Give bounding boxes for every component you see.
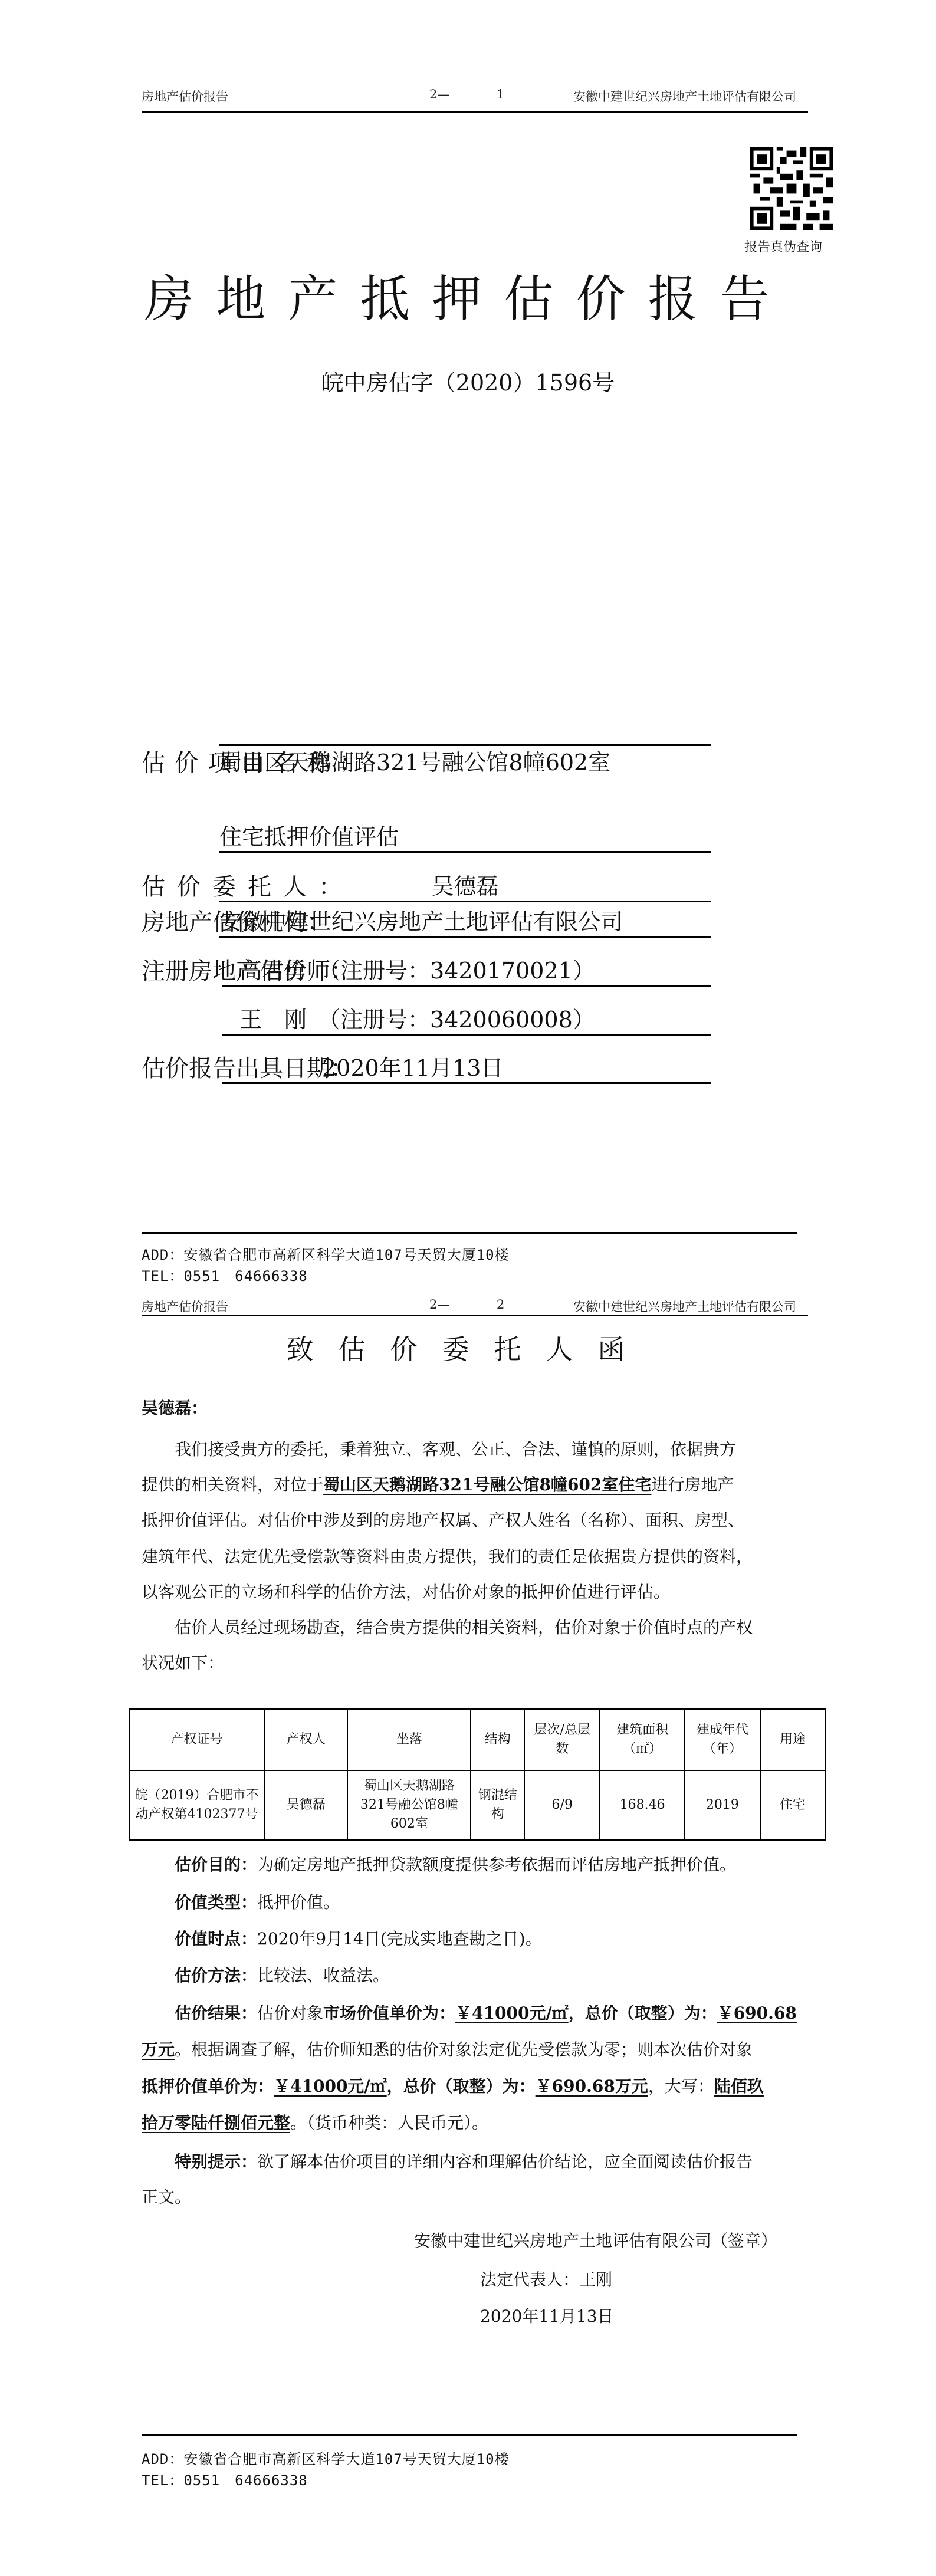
result-text: ，总价（取整）为：	[387, 2076, 536, 2096]
th-cert-no: 产权证号	[129, 1709, 264, 1770]
header-page-number: 1	[497, 87, 504, 101]
project-name-line2: 住宅抵押价值评估	[219, 819, 711, 853]
para2-line2: 状况如下：	[142, 1645, 224, 1681]
result-text: 。根据调查了解，估价师知悉的估价对象法定优先受偿款为零；则本次估价对象	[175, 2040, 753, 2059]
qr-caption: 报告真伪查询	[744, 237, 822, 255]
cell-floor: 6/9	[524, 1770, 600, 1840]
method-line: 估价方法：比较法、收益法。	[175, 1958, 389, 1993]
value-date-text: 2020年9月14日(完成实地查勘之日)。	[257, 1929, 542, 1949]
table-header-row: 产权证号 产权人 坐落 结构 层次/总层数 建筑面积（㎡） 建成年代（年） 用途	[129, 1709, 825, 1770]
para1-line1: 我们接受贵方的委托，秉着独立、客观、公正、合法、谨慎的原则，依据贵方	[175, 1432, 736, 1467]
appraiser-1: 高君勇 （注册号：3420170021）	[222, 952, 711, 987]
cell-year: 2019	[685, 1770, 760, 1840]
market-unit-price: ￥41000元/㎡	[455, 2003, 569, 2023]
footer-rule	[142, 1232, 797, 1234]
footer-phone: TEL：0551－64666338	[142, 1264, 308, 1285]
result-text: ，大写：	[648, 2076, 714, 2096]
footer-rule	[142, 2434, 797, 2436]
appraiser-2: 王 刚 （注册号：3420060008）	[222, 1001, 711, 1036]
property-address-em: 蜀山区天鹅湖路321号融公馆8幢602室住宅	[323, 1475, 651, 1494]
purpose-label: 估价目的：	[175, 1855, 257, 1874]
cell-structure: 钢混结构	[471, 1770, 524, 1840]
footer-address: ADD：安徽省合肥市高新区科学大道107号天贸大厦10楼	[142, 2447, 510, 2468]
cell-location: 蜀山区天鹅湖路321号融公馆8幢602室	[347, 1770, 471, 1840]
cell-use: 住宅	[760, 1770, 825, 1840]
cell-cert-no: 皖（2019）合肥市不动产权第4102377号	[129, 1770, 264, 1840]
result-line2: 万元。根据调查了解，估价师知悉的估价对象法定优先受偿款为零；则本次估价对象	[142, 2032, 753, 2068]
header-right: 安徽中建世纪兴房地产土地评估有限公司	[573, 87, 796, 105]
para1-line5: 以客观公正的立场和科学的估价方法，对估价对象的抵押价值进行评估。	[142, 1575, 670, 1610]
header-page-prefix: 2—	[429, 1297, 449, 1312]
footer-address: ADD：安徽省合肥市高新区科学大道107号天贸大厦10楼	[142, 1243, 510, 1264]
header-left: 房地产估价报告	[142, 87, 228, 105]
para1-line3: 抵押价值评估。对估价中涉及到的房地产权属、产权人姓名（名称）、面积、房型、	[142, 1503, 744, 1538]
para2-line1: 估价人员经过现场勘查，结合贵方提供的相关资料，估价对象于价值时点的产权	[175, 1610, 753, 1645]
value-type-text: 抵押价值。	[257, 1892, 340, 1912]
amount-in-words-b: 拾万零陆仟捌佰元整	[142, 2113, 290, 2133]
amount-in-words-a: 陆佰玖	[714, 2076, 764, 2096]
notice-line1: 特别提示：欲了解本估价项目的详细内容和理解估价结论，应全面阅读估价报告	[175, 2144, 753, 2180]
para1-line2-pre: 提供的相关资料，对位于	[142, 1475, 323, 1494]
result-line3: 抵押价值单价为：￥41000元/㎡，总价（取整）为：￥690.68万元，大写：陆…	[142, 2069, 764, 2104]
mortgage-unit-price: ￥41000元/㎡	[274, 2076, 387, 2096]
agency-value: 安徽中建世纪兴房地产土地评估有限公司	[219, 903, 711, 938]
notice-text: 欲了解本估价项目的详细内容和理解估价结论，应全面阅读估价报告	[257, 2152, 753, 2171]
para1-line2-post: 进行房地产	[651, 1475, 734, 1494]
letter-title: 致估价委托人函	[0, 1328, 936, 1367]
th-structure: 结构	[471, 1709, 524, 1770]
value-date-line: 价值时点：2020年9月14日(完成实地查勘之日)。	[175, 1921, 542, 1957]
para1-line2: 提供的相关资料，对位于蜀山区天鹅湖路321号融公馆8幢602室住宅进行房地产	[142, 1467, 734, 1503]
value-type-label: 价值类型：	[175, 1892, 257, 1912]
property-table: 产权证号 产权人 坐落 结构 层次/总层数 建筑面积（㎡） 建成年代（年） 用途…	[129, 1708, 826, 1841]
result-line4: 拾万零陆仟捌佰元整。（货币种类：人民币元）。	[142, 2105, 488, 2141]
project-name-line1: 蜀山区天鹅湖路321号融公馆8幢602室	[219, 744, 610, 777]
th-use: 用途	[760, 1709, 825, 1770]
header-rule	[142, 111, 808, 113]
footer-phone: TEL：0551－64666338	[142, 2469, 308, 2489]
cell-owner: 吴德磊	[264, 1770, 347, 1840]
para1-line4: 建筑年代、法定优先受偿款等资料由贵方提供，我们的责任是依据贵方提供的资料，	[142, 1539, 753, 1575]
header-right: 安徽中建世纪兴房地产土地评估有限公司	[573, 1297, 796, 1315]
th-area: 建筑面积（㎡）	[600, 1709, 685, 1770]
result-line1: 估价结果：估价对象市场价值单价为：￥41000元/㎡，总价（取整）为：￥690.…	[175, 1996, 797, 2031]
value-date-label: 价值时点：	[175, 1929, 257, 1949]
client-value: 吴德磊	[219, 868, 711, 902]
th-year: 建成年代（年）	[685, 1709, 760, 1770]
purpose-line: 估价目的：为确定房地产抵押贷款额度提供参考依据而评估房地产抵押价值。	[175, 1847, 736, 1882]
table-row: 皖（2019）合肥市不动产权第4102377号 吴德磊 蜀山区天鹅湖路321号融…	[129, 1770, 825, 1840]
notice-label: 特别提示：	[175, 2152, 257, 2171]
legal-representative: 法定代表人：王刚	[480, 2262, 612, 2298]
th-location: 坐落	[347, 1709, 471, 1770]
result-text: 抵押价值单价为：	[142, 2076, 274, 2096]
notice-line2: 正文。	[142, 2180, 191, 2215]
signature-company: 安徽中建世纪兴房地产土地评估有限公司（签章）	[414, 2223, 777, 2259]
result-text: ，总价（取整）为：	[569, 2003, 717, 2023]
market-total-unit: 万元	[142, 2040, 175, 2059]
salutation: 吴德磊：	[142, 1391, 208, 1426]
header-page-number: 2	[497, 1297, 504, 1312]
signature-date: 2020年11月13日	[480, 2299, 614, 2334]
cell-area: 168.46	[600, 1770, 685, 1840]
result-text: 市场价值单价为：	[323, 2003, 455, 2023]
header-rule	[142, 1315, 808, 1316]
market-total-price: ￥690.68	[717, 2003, 797, 2023]
document-number: 皖中房估字（2020）1596号	[0, 364, 936, 397]
purpose-text: 为确定房地产抵押贷款额度提供参考依据而评估房地产抵押价值。	[257, 1855, 736, 1874]
th-floor: 层次/总层数	[524, 1709, 600, 1770]
report-title: 房地产抵押估价报告	[0, 259, 936, 331]
currency-note: 。（货币种类：人民币元）。	[290, 2113, 488, 2133]
method-text: 比较法、收益法。	[257, 1966, 389, 1985]
header-left: 房地产估价报告	[142, 1297, 228, 1315]
qr-code-icon[interactable]	[750, 147, 833, 230]
method-label: 估价方法：	[175, 1966, 257, 1985]
result-label: 估价结果：	[175, 2003, 257, 2023]
report-date-value: 2020年11月13日	[222, 1050, 711, 1084]
value-type-line: 价值类型：抵押价值。	[175, 1885, 340, 1920]
mortgage-total-price: ￥690.68万元	[536, 2076, 648, 2096]
header-page-prefix: 2—	[429, 87, 449, 101]
result-text: 估价对象	[257, 2003, 323, 2023]
th-owner: 产权人	[264, 1709, 347, 1770]
